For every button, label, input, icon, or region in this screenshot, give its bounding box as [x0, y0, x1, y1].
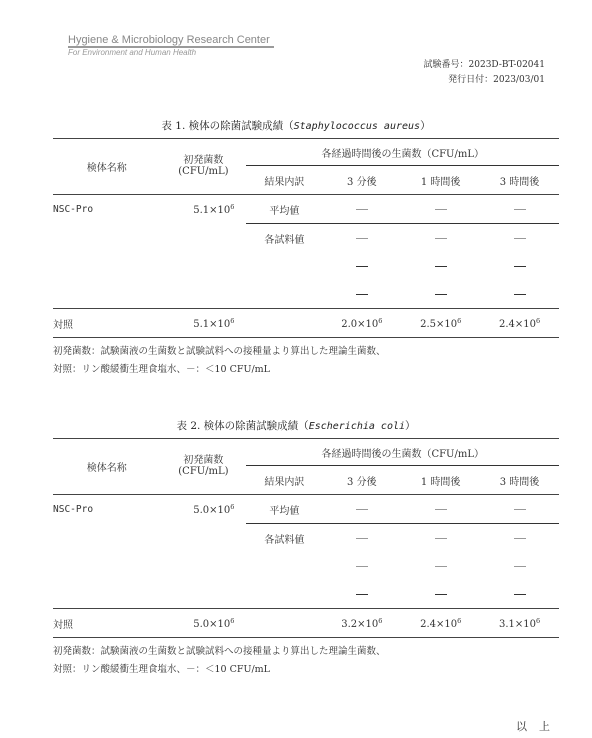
issue-date: 発行日付：2023/03/01 [424, 73, 545, 88]
control-1hour: 2.4×106 [401, 609, 480, 638]
col-1hour: 1 時間後 [401, 166, 480, 195]
each-2-3hour [480, 252, 559, 280]
table-row-sample-average: NSC-Pro 5.0×106 平均値 [53, 495, 559, 524]
control-1hour: 2.5×106 [401, 309, 480, 338]
each-3-3min [322, 580, 401, 609]
org-logo: Hygiene & Microbiology Research Center F… [68, 28, 274, 57]
results-table-1: 検体名称 初発菌数 各経過時間後の生菌数（CFU/mL） (CFU/mL) 結果… [53, 138, 559, 338]
col-initial-count: 初発菌数 [160, 439, 246, 466]
average-label: 平均値 [246, 495, 322, 524]
table-row-sample-each-2 [53, 252, 559, 280]
table-row-control: 対照 5.1×106 2.0×106 2.5×106 2.4×106 [53, 309, 559, 338]
each-1-3hour [480, 524, 559, 553]
average-label: 平均値 [246, 195, 322, 224]
each-2-3min [322, 552, 401, 580]
control-3hour: 3.1×106 [480, 609, 559, 638]
average-3hour [480, 195, 559, 224]
table-row-sample-average: NSC-Pro 5.1×106 平均値 [53, 195, 559, 224]
col-initial-unit: (CFU/mL) [160, 166, 246, 195]
caption-suffix: ） [405, 420, 416, 432]
col-3hour: 3 時間後 [480, 166, 559, 195]
note-initial-count: 初発菌数：試験菌液の生菌数と試験試料への接種量より算出した理論生菌数、 [53, 643, 386, 661]
control-name: 対照 [53, 309, 160, 338]
each-sample-label: 各試料値 [246, 524, 322, 553]
control-initial-count: 5.1×106 [160, 309, 246, 338]
average-1hour [401, 495, 480, 524]
average-3min [322, 495, 401, 524]
control-3min: 3.2×106 [322, 609, 401, 638]
each-1-3min [322, 224, 401, 253]
each-1-3hour [480, 224, 559, 253]
each-2-3hour [480, 552, 559, 580]
col-3min: 3 分後 [322, 166, 401, 195]
report-meta: 試験番号：2023D-BT-02041 発行日付：2023/03/01 [424, 58, 545, 88]
each-3-1hour [401, 280, 480, 309]
each-2-1hour [401, 252, 480, 280]
table-row-sample-each-1: 各試料値 [53, 224, 559, 253]
control-initial-count: 5.0×106 [160, 609, 246, 638]
average-3min [322, 195, 401, 224]
org-tagline: For Environment and Human Health [68, 48, 274, 57]
col-3min: 3 分後 [322, 466, 401, 495]
each-2-1hour [401, 552, 480, 580]
control-name: 対照 [53, 609, 160, 638]
each-3-3hour [480, 580, 559, 609]
each-3-3hour [480, 280, 559, 309]
species-name: Escherichia coli [309, 421, 405, 432]
col-result-breakdown: 結果内訳 [246, 166, 322, 195]
table-row-sample-each-1: 各試料値 [53, 524, 559, 553]
caption-suffix: ） [420, 120, 431, 132]
table-2-notes: 初発菌数：試験菌液の生菌数と試験試料への接種量より算出した理論生菌数、 対照：リ… [53, 643, 386, 679]
each-1-1hour [401, 224, 480, 253]
average-1hour [401, 195, 480, 224]
each-sample-label: 各試料値 [246, 224, 322, 253]
control-3hour: 2.4×106 [480, 309, 559, 338]
col-3hour: 3 時間後 [480, 466, 559, 495]
sample-name: NSC-Pro [53, 495, 160, 524]
results-table-2: 検体名称 初発菌数 各経過時間後の生菌数（CFU/mL） (CFU/mL) 結果… [53, 438, 559, 638]
table-2-caption: 表 2. 検体の除菌試験成績（Escherichia coli） [0, 418, 592, 433]
test-number: 試験番号：2023D-BT-02041 [424, 58, 545, 73]
sample-initial-count: 5.0×106 [160, 495, 246, 524]
table-1-notes: 初発菌数：試験菌液の生菌数と試験試料への接種量より算出した理論生菌数、 対照：リ… [53, 343, 386, 379]
sample-initial-count: 5.1×106 [160, 195, 246, 224]
table-row-sample-each-3 [53, 280, 559, 309]
each-1-1hour [401, 524, 480, 553]
average-3hour [480, 495, 559, 524]
species-name: Staphylococcus aureus [294, 121, 420, 132]
col-1hour: 1 時間後 [401, 466, 480, 495]
table-row-sample-each-3 [53, 580, 559, 609]
col-initial-unit: (CFU/mL) [160, 466, 246, 495]
end-mark: 以上 [516, 718, 562, 734]
each-1-3min [322, 524, 401, 553]
note-initial-count: 初発菌数：試験菌液の生菌数と試験試料への接種量より算出した理論生菌数、 [53, 343, 386, 361]
control-3min: 2.0×106 [322, 309, 401, 338]
table-row-control: 対照 5.0×106 3.2×106 2.4×106 3.1×106 [53, 609, 559, 638]
each-2-3min [322, 252, 401, 280]
col-sample-name: 検体名称 [53, 139, 160, 195]
col-elapsed-group: 各経過時間後の生菌数（CFU/mL） [246, 439, 559, 466]
table-row-sample-each-2 [53, 552, 559, 580]
caption-text: 表 1. 検体の除菌試験成績（ [161, 120, 293, 132]
org-name: Hygiene & Microbiology Research Center [68, 34, 274, 48]
sample-name: NSC-Pro [53, 195, 160, 224]
each-3-1hour [401, 580, 480, 609]
each-3-3min [322, 280, 401, 309]
col-elapsed-group: 各経過時間後の生菌数（CFU/mL） [246, 139, 559, 166]
caption-text: 表 2. 検体の除菌試験成績（ [176, 420, 308, 432]
table-1-caption: 表 1. 検体の除菌試験成績（Staphylococcus aureus） [0, 118, 592, 133]
col-initial-count: 初発菌数 [160, 139, 246, 166]
col-result-breakdown: 結果内訳 [246, 466, 322, 495]
note-control: 対照：リン酸緩衝生理食塩水、－：＜10 CFU/mL [53, 661, 386, 679]
note-control: 対照：リン酸緩衝生理食塩水、－：＜10 CFU/mL [53, 361, 386, 379]
col-sample-name: 検体名称 [53, 439, 160, 495]
